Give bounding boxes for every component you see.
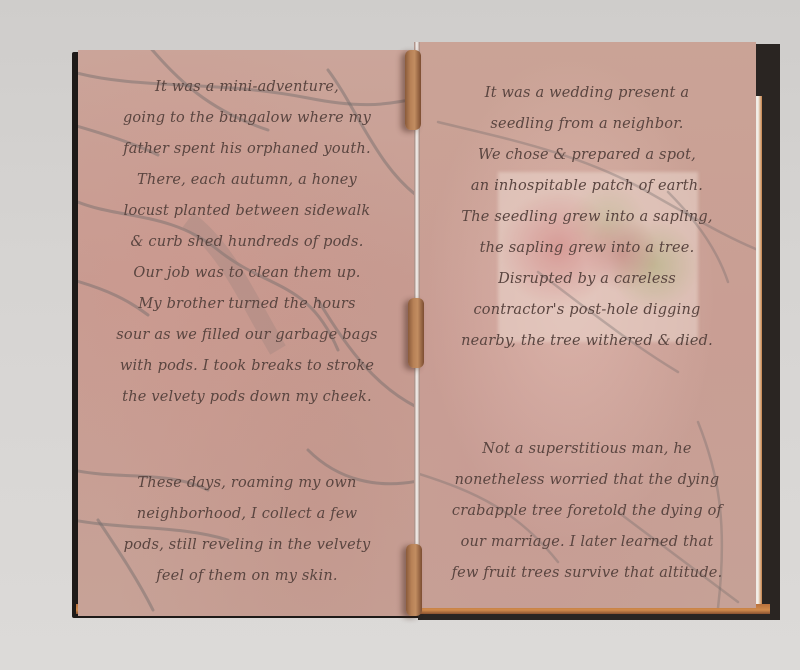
text-line: going to the bungalow where my — [78, 103, 416, 134]
text-line: Disrupted by a careless — [418, 264, 756, 295]
text-line: We chose & prepared a spot, — [418, 140, 756, 171]
open-book: It was a mini-adventure, going to the bu… — [68, 36, 768, 620]
binding-tab-top — [405, 50, 421, 130]
text-line: an inhospitable patch of earth. — [418, 171, 756, 202]
right-page-paragraph-2: Not a superstitious man, he nonetheless … — [418, 434, 756, 589]
text-line: few fruit trees survive that altitude. — [418, 558, 756, 589]
text-line: sour as we filled our garbage bags — [78, 320, 416, 351]
text-line: Not a superstitious man, he — [418, 434, 756, 465]
binding-tab-bottom — [406, 544, 422, 616]
text-line: There, each autumn, a honey — [78, 165, 416, 196]
text-line: These days, roaming my own — [78, 468, 416, 499]
text-line: seedling from a neighbor. — [418, 109, 756, 140]
right-page-paragraph-1: It was a wedding present a seedling from… — [418, 78, 756, 357]
text-line: the sapling grew into a tree. — [418, 233, 756, 264]
left-page-paragraph-2: These days, roaming my own neighborhood,… — [78, 468, 416, 592]
left-page: It was a mini-adventure, going to the bu… — [78, 50, 416, 616]
text-line: crabapple tree foretold the dying of — [418, 496, 756, 527]
text-line: It was a wedding present a — [418, 78, 756, 109]
text-line: with pods. I took breaks to stroke — [78, 351, 416, 382]
text-line: feel of them on my skin. — [78, 561, 416, 592]
text-line: father spent his orphaned youth. — [78, 134, 416, 165]
text-line: My brother turned the hours — [78, 289, 416, 320]
text-line: locust planted between sidewalk — [78, 196, 416, 227]
text-line: It was a mini-adventure, — [78, 72, 416, 103]
text-line: neighborhood, I collect a few — [78, 499, 416, 530]
text-line: nonetheless worried that the dying — [418, 465, 756, 496]
text-line: nearby, the tree withered & died. — [418, 326, 756, 357]
left-page-paragraph-1: It was a mini-adventure, going to the bu… — [78, 72, 416, 413]
text-line: & curb shed hundreds of pods. — [78, 227, 416, 258]
right-page: It was a wedding present a seedling from… — [418, 42, 756, 608]
text-line: our marriage. I later learned that — [418, 527, 756, 558]
text-line: contractor's post-hole digging — [418, 295, 756, 326]
text-line: pods, still reveling in the velvety — [78, 530, 416, 561]
binding-tab-middle — [408, 298, 424, 368]
text-line: the velvety pods down my cheek. — [78, 382, 416, 413]
text-line: The seedling grew into a sapling, — [418, 202, 756, 233]
text-line: Our job was to clean them up. — [78, 258, 416, 289]
